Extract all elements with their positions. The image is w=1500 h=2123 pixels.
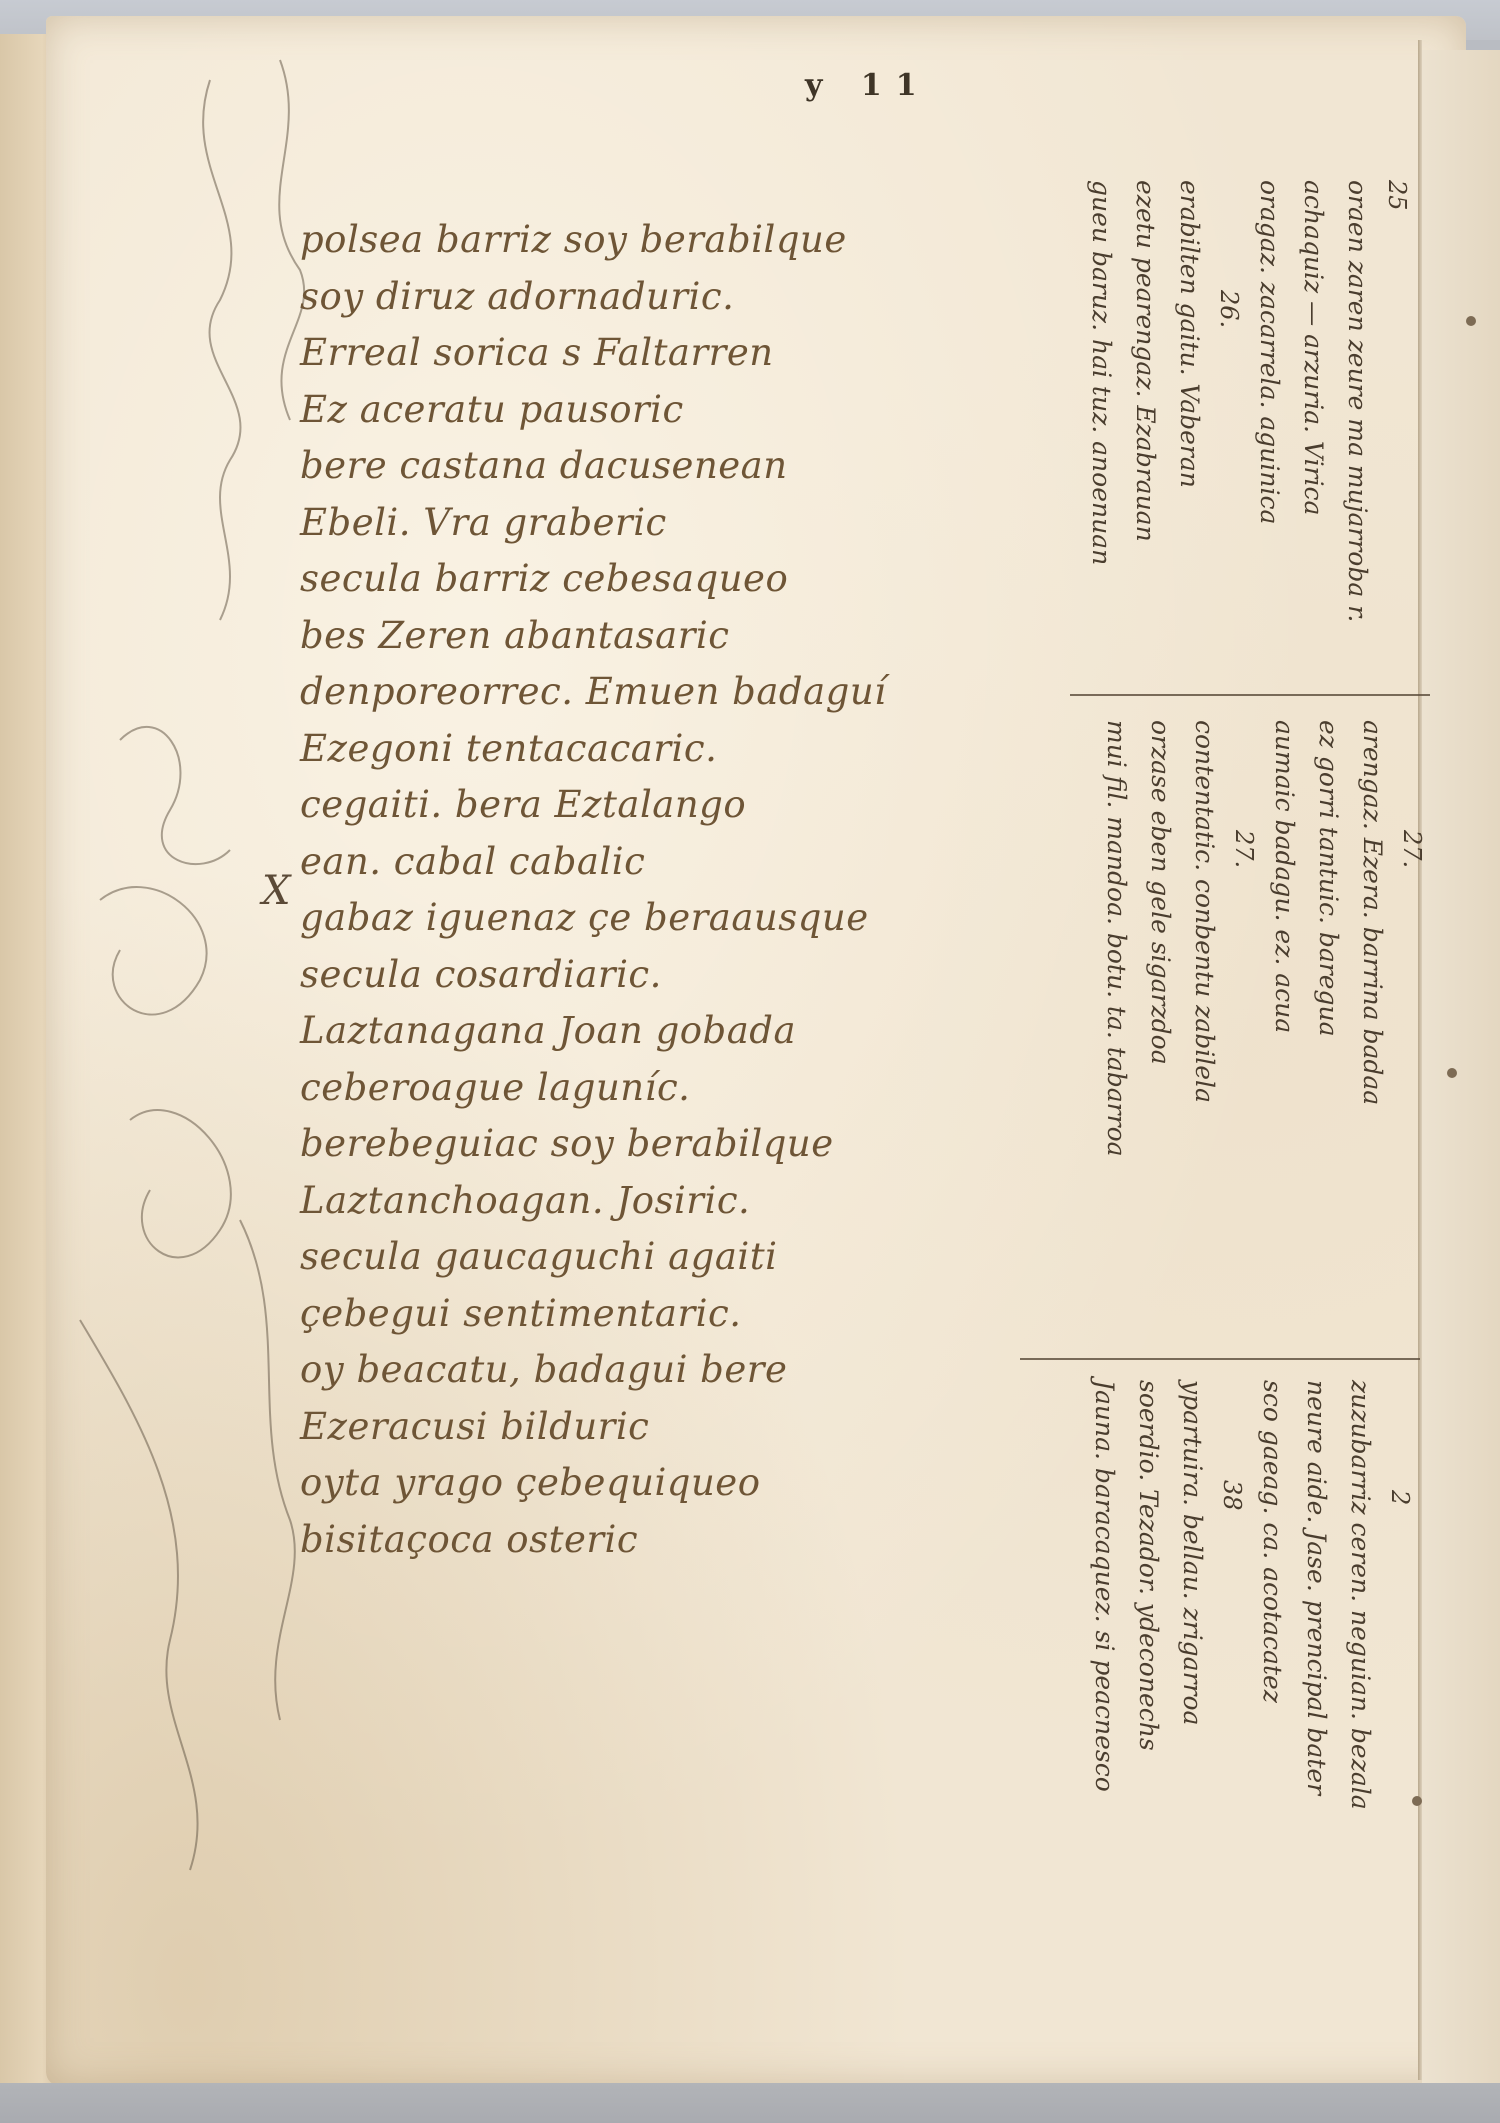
stanza-number: 38	[1214, 1380, 1250, 1810]
verse-line: secula barriz cebesaqueo	[300, 551, 1020, 608]
side-line: Jauna. baracaquez. si peacnesco	[1082, 1380, 1126, 1810]
side-divider-1	[1070, 694, 1430, 696]
verse-line: çebegui sentimentaric.	[300, 1286, 1020, 1343]
verse-line: oy beacatu, badagui bere	[300, 1342, 1020, 1399]
side-line: mui fil. mandoa. botu. ta. tabarroa	[1094, 720, 1138, 1157]
verse-line: ceberoague laguníc.	[300, 1060, 1020, 1117]
verse-line: bisitaçoca osteric	[300, 1512, 1020, 1569]
side-section-top: 25 oraen zaren zeure ma mujarroba r. ach…	[1079, 180, 1415, 622]
verse-line: Laztanchoagan. Josiric.	[300, 1173, 1020, 1230]
verse-line: Ezegoni tentacacaric.	[300, 721, 1020, 778]
side-line: ez gorri tantuic. baregua	[1306, 720, 1350, 1157]
side-line: orzase eben gele sigarzdoa	[1138, 720, 1182, 1157]
side-section-bottom: 2 zuzubarriz ceren. neguian. bezala neur…	[1082, 1380, 1418, 1810]
side-line: zuzubarriz ceren. neguian. bezala	[1338, 1380, 1382, 1810]
verse-line: secula cosardiaric.	[300, 947, 1020, 1004]
stanza-number: 27.	[1394, 720, 1430, 1157]
verse-line: Ez aceratu pausoric	[300, 382, 1020, 439]
side-line: oragaz. zacarrela. aguinica	[1247, 180, 1291, 622]
stanza-number: 27.	[1226, 720, 1262, 1157]
verse-line: gabaz iguenaz çe beraausque	[300, 890, 1020, 947]
verse-line: ean. cabal cabalic	[300, 834, 1020, 891]
side-line: neure aide. Jase. prencipal bater	[1294, 1380, 1338, 1810]
side-line: aumaic badagu. ez. acua	[1262, 720, 1306, 1157]
side-line: gueu baruz. hai tuz. anoenuan	[1079, 180, 1123, 622]
verse-line: oyta yrago çebequiqueo	[300, 1455, 1020, 1512]
background-bottom	[0, 2083, 1500, 2123]
verse-line: soy diruz adornaduric.	[300, 269, 1020, 326]
stanza-number: 2	[1382, 1380, 1418, 1810]
side-line: achaquiz — arzuria. Virica	[1291, 180, 1335, 622]
margin-scribbles	[60, 20, 320, 2000]
side-divider-2	[1020, 1358, 1420, 1360]
verse-line: bes Zeren abantasaric	[300, 608, 1020, 665]
verse-line: Ebeli. Vra graberic	[300, 495, 1020, 552]
adjacent-page-strip	[1422, 50, 1500, 2090]
side-line: arengaz. Ezera. barrina badaa	[1350, 720, 1394, 1157]
verse-line: bere castana dacusenean	[300, 438, 1020, 495]
verse-line: Erreal sorica s Faltarren	[300, 325, 1020, 382]
binding-knot	[1466, 316, 1476, 326]
binding-knot	[1412, 1796, 1422, 1806]
page-number: y 11	[805, 68, 931, 103]
verse-line: denporeorrec. Emuen badaguí	[300, 664, 1020, 721]
verse-line: Ezeracusi bilduric	[300, 1399, 1020, 1456]
verse-line: polsea barriz soy berabilque	[300, 212, 1020, 269]
side-line: sco gaeag. ca. acotacatez	[1250, 1380, 1294, 1810]
verse-line: secula gaucaguchi agaiti	[300, 1229, 1020, 1286]
stanza-number: 26.	[1211, 180, 1247, 622]
stanza-number: 25	[1379, 180, 1415, 622]
side-line: ypartuira. bellau. zrigarroa	[1170, 1380, 1214, 1810]
side-line: erabilten gaitu. Vaberan	[1167, 180, 1211, 622]
verse-line: cegaiti. bera Eztalango	[300, 777, 1020, 834]
margin-x-mark: X	[262, 868, 290, 914]
side-line: oraen zaren zeure ma mujarroba r.	[1335, 180, 1379, 622]
binding-knot	[1447, 1068, 1457, 1078]
side-line: contentatic. conbentu zabilela	[1182, 720, 1226, 1157]
side-line: ezetu pearengaz. Ezabrauan	[1123, 180, 1167, 622]
side-section-middle: 27. arengaz. Ezera. barrina badaa ez gor…	[1094, 720, 1430, 1157]
side-line: soerdio. Tezador. ydeconechs	[1126, 1380, 1170, 1810]
main-verse-block: polsea barriz soy berabilque soy diruz a…	[300, 212, 1020, 1568]
verse-line: Laztanagana Joan gobada	[300, 1003, 1020, 1060]
verse-line: berebeguiac soy berabilque	[300, 1116, 1020, 1173]
